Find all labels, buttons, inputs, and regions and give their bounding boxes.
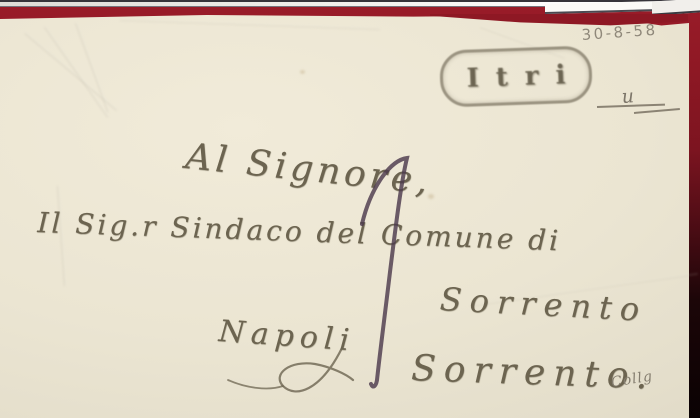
postmark-itri-stamp: Itri <box>439 45 593 107</box>
foxing-spot <box>300 70 305 74</box>
postmark-town-label: Itri <box>449 59 583 94</box>
